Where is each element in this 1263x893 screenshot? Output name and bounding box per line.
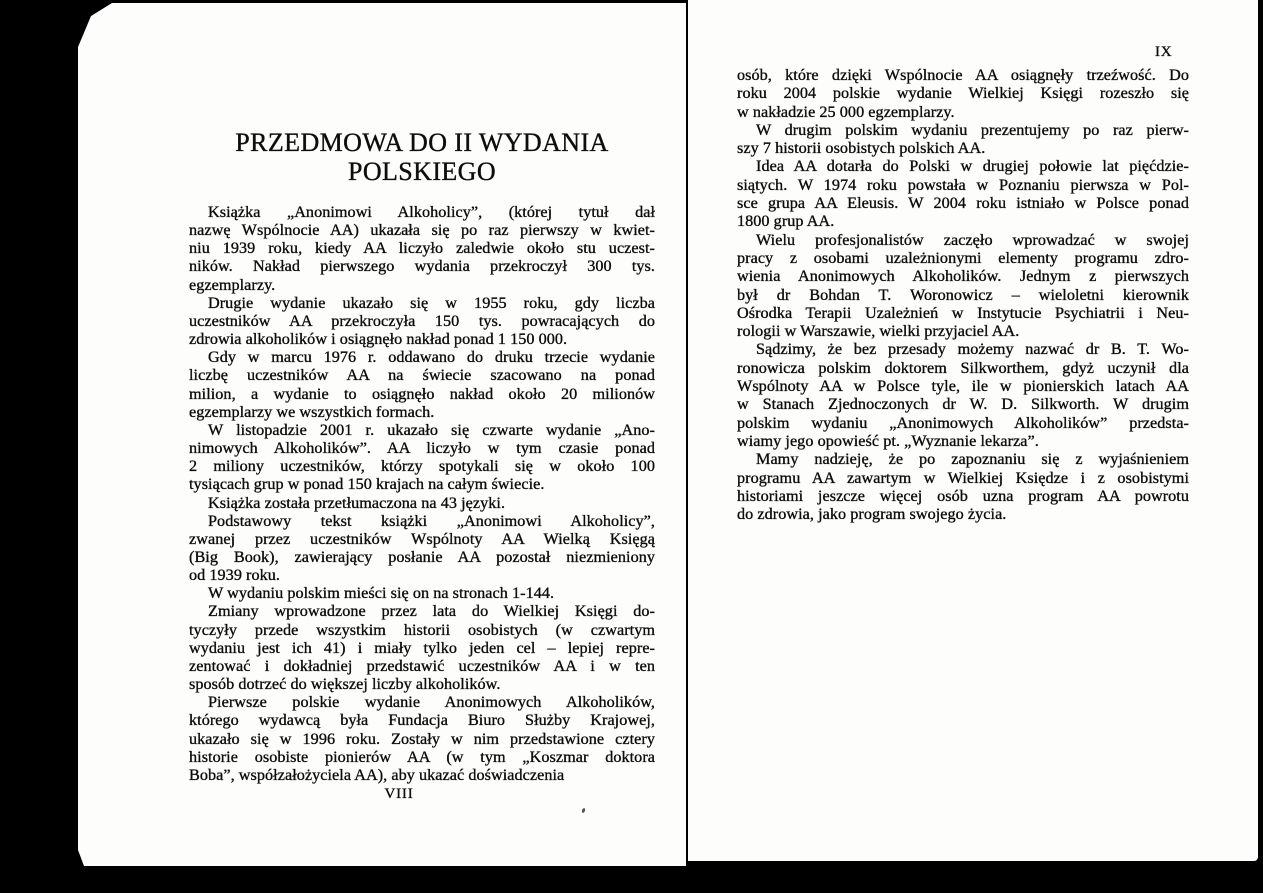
text-line: W listopadzie 2001 r. ukazało się czwart… [189, 421, 655, 439]
page-title-line-2: POLSKIEGO [189, 157, 655, 186]
text-line: Sądzimy, że bez przesady możemy nazwać d… [737, 340, 1189, 358]
text-line: milion, a wydanie to osiągnęło nakład ok… [189, 385, 655, 403]
text-line: uczestników AA przekroczyła 150 tys. pow… [189, 312, 655, 330]
text-line: roku 2004 polskie wydanie Wielkiej Księg… [737, 84, 1189, 102]
text-line: pracy z osobami uzależnionymi elementy p… [737, 249, 1189, 267]
paragraph: Książka „Anonimowi Alkoholicy”, (której … [189, 203, 655, 294]
text-line: siątych. W 1974 roku powstała w Poznaniu… [737, 176, 1189, 194]
text-line: W wydaniu polskim mieści się on na stron… [189, 584, 655, 602]
text-line: rologii w Warszawie, wielki przyjaciel A… [737, 322, 1189, 340]
paragraph: Idea AA dotarła do Polski w drugiej poło… [737, 157, 1189, 230]
text-line: Podstawowy tekst książki „Anonimowi Alko… [189, 512, 655, 530]
text-line: ników. Nakład pierwszego wydania przekro… [189, 257, 655, 275]
right-page-number: IX [1155, 44, 1172, 61]
text-line: zdrowia alkoholików i osiągnęło nakład p… [189, 330, 655, 348]
text-line: tysiącach grup w ponad 150 krajach na ca… [189, 475, 655, 493]
text-line: osób, które dzięki Wspólnocie AA osiągnę… [737, 66, 1189, 84]
text-line: ukazało się w 1996 roku. Zostały w nim p… [189, 730, 655, 748]
text-line: liczbę uczestników AA na świecie szacowa… [189, 366, 655, 384]
text-line: tyczyły przede wszystkim historii osobis… [189, 621, 655, 639]
text-line: Drugie wydanie ukazało się w 1955 roku, … [189, 294, 655, 312]
text-line: szy 7 historii osobistych polskich AA. [737, 139, 1189, 157]
text-line: W drugim polskim wydaniu prezentujemy po… [737, 121, 1189, 139]
text-line: Mamy nadzieję, że po zapoznaniu się z wy… [737, 450, 1189, 468]
paragraph: Mamy nadzieję, że po zapoznaniu się z wy… [737, 450, 1189, 523]
text-line: sposób dotrzeć do większej liczby alkoho… [189, 675, 655, 693]
text-line: polskim wydaniu „Anonimowych Alkoholików… [737, 414, 1189, 432]
text-line: Pierwsze polskie wydanie Anonimowych Alk… [189, 693, 655, 711]
text-line: Zmiany wprowadzone przez lata do Wielkie… [189, 602, 655, 620]
text-line: zentować i dokładniej przedstawić uczest… [189, 657, 655, 675]
text-line: wiamy jego opowieść pt. „Wyznanie lekarz… [737, 432, 1189, 450]
text-line: w Stanach Zjednoczonych dr W. D. Silkwor… [737, 395, 1189, 413]
text-line: Ośrodka Terapii Uzależnień w Instytucie … [737, 304, 1189, 322]
paragraph: W listopadzie 2001 r. ukazało się czwart… [189, 421, 655, 494]
text-line: Boba”, współzałożyciela AA), aby ukazać … [189, 766, 655, 784]
text-line: którego wydawcą była Fundacja Biuro Służ… [189, 711, 655, 729]
text-line: (Big Book), zawierający posłanie AA pozo… [189, 548, 655, 566]
paragraph: Zmiany wprowadzone przez lata do Wielkie… [189, 602, 655, 693]
paragraph: W drugim polskim wydaniu prezentujemy po… [737, 121, 1189, 158]
text-line: historiami jeszcze więcej osób uzna prog… [737, 487, 1189, 505]
text-line: egzemplarzy. [189, 276, 655, 294]
text-line: w nakładzie 25 000 egzemplarzy. [737, 103, 1189, 121]
right-page: IX osób, które dzięki Wspólnocie AA osią… [688, 0, 1258, 861]
left-page-number: VIII [189, 786, 609, 803]
paragraph: Gdy w marcu 1976 r. oddawano do druku tr… [189, 348, 655, 421]
text-line: ronowicza polskim doktorem Silkworthem, … [737, 359, 1189, 377]
text-line: egzemplarzy we wszystkich formach. [189, 403, 655, 421]
text-line: od 1939 roku. [189, 566, 655, 584]
scan-speck [581, 808, 586, 814]
text-line: zwanej przez uczestników Wspólnoty AA Wi… [189, 530, 655, 548]
text-line: 1800 grup AA. [737, 212, 1189, 230]
paragraph: Podstawowy tekst książki „Anonimowi Alko… [189, 512, 655, 585]
text-line: wydaniu jest ich 41) i miały tylko jeden… [189, 639, 655, 657]
text-line: Wspólnoty AA w Polsce tyle, ile w pionie… [737, 377, 1189, 395]
paragraph: Drugie wydanie ukazało się w 1955 roku, … [189, 294, 655, 348]
paragraph: osób, które dzięki Wspólnocie AA osiągnę… [737, 66, 1189, 121]
text-line: programu AA zawartym w Wielkiej Księdze … [737, 469, 1189, 487]
text-line: do zdrowia, jako program swojego życia. [737, 505, 1189, 523]
text-line: wienia Anonimowych Alkoholików. Jednym z… [737, 267, 1189, 285]
text-line: Gdy w marcu 1976 r. oddawano do druku tr… [189, 348, 655, 366]
left-page-body-text: Książka „Anonimowi Alkoholicy”, (której … [189, 203, 655, 784]
text-line: był dr Bohdan T. Woronowicz – wieloletni… [737, 286, 1189, 304]
text-line: sce grupa AA Eleusis. W 2004 roku istnia… [737, 194, 1189, 212]
paragraph: Sądzimy, że bez przesady możemy nazwać d… [737, 340, 1189, 450]
text-line: Wielu profesjonalistów zaczęło wprowadza… [737, 231, 1189, 249]
paragraph: Pierwsze polskie wydanie Anonimowych Alk… [189, 693, 655, 784]
text-line: nimowych Alkoholików”. AA liczyło w tym … [189, 439, 655, 457]
page-title-line-1: PRZEDMOWA DO II WYDANIA [189, 128, 655, 157]
left-page: PRZEDMOWA DO II WYDANIA POLSKIEGO Książk… [78, 3, 686, 866]
scanned-book-spread: { "colors": { "background": "#000000", "… [0, 0, 1263, 893]
right-page-body-text: osób, które dzięki Wspólnocie AA osiągnę… [737, 66, 1189, 523]
paragraph: Wielu profesjonalistów zaczęło wprowadza… [737, 231, 1189, 341]
text-line: Książka została przetłumaczona na 43 jęz… [189, 494, 655, 512]
text-line: nazwę Wspólnocie AA) ukazała się po raz … [189, 221, 655, 239]
page-title: PRZEDMOWA DO II WYDANIA POLSKIEGO [189, 128, 655, 186]
text-line: niu 1939 roku, kiedy AA liczyło zaledwie… [189, 239, 655, 257]
paragraph: W wydaniu polskim mieści się on na stron… [189, 584, 655, 602]
text-line: Książka „Anonimowi Alkoholicy”, (której … [189, 203, 655, 221]
paragraph: Książka została przetłumaczona na 43 jęz… [189, 494, 655, 512]
text-line: 2 miliony uczestników, którzy spotykali … [189, 457, 655, 475]
text-line: Idea AA dotarła do Polski w drugiej poło… [737, 157, 1189, 175]
text-line: historie osobiste pionierów AA (w tym „K… [189, 748, 655, 766]
